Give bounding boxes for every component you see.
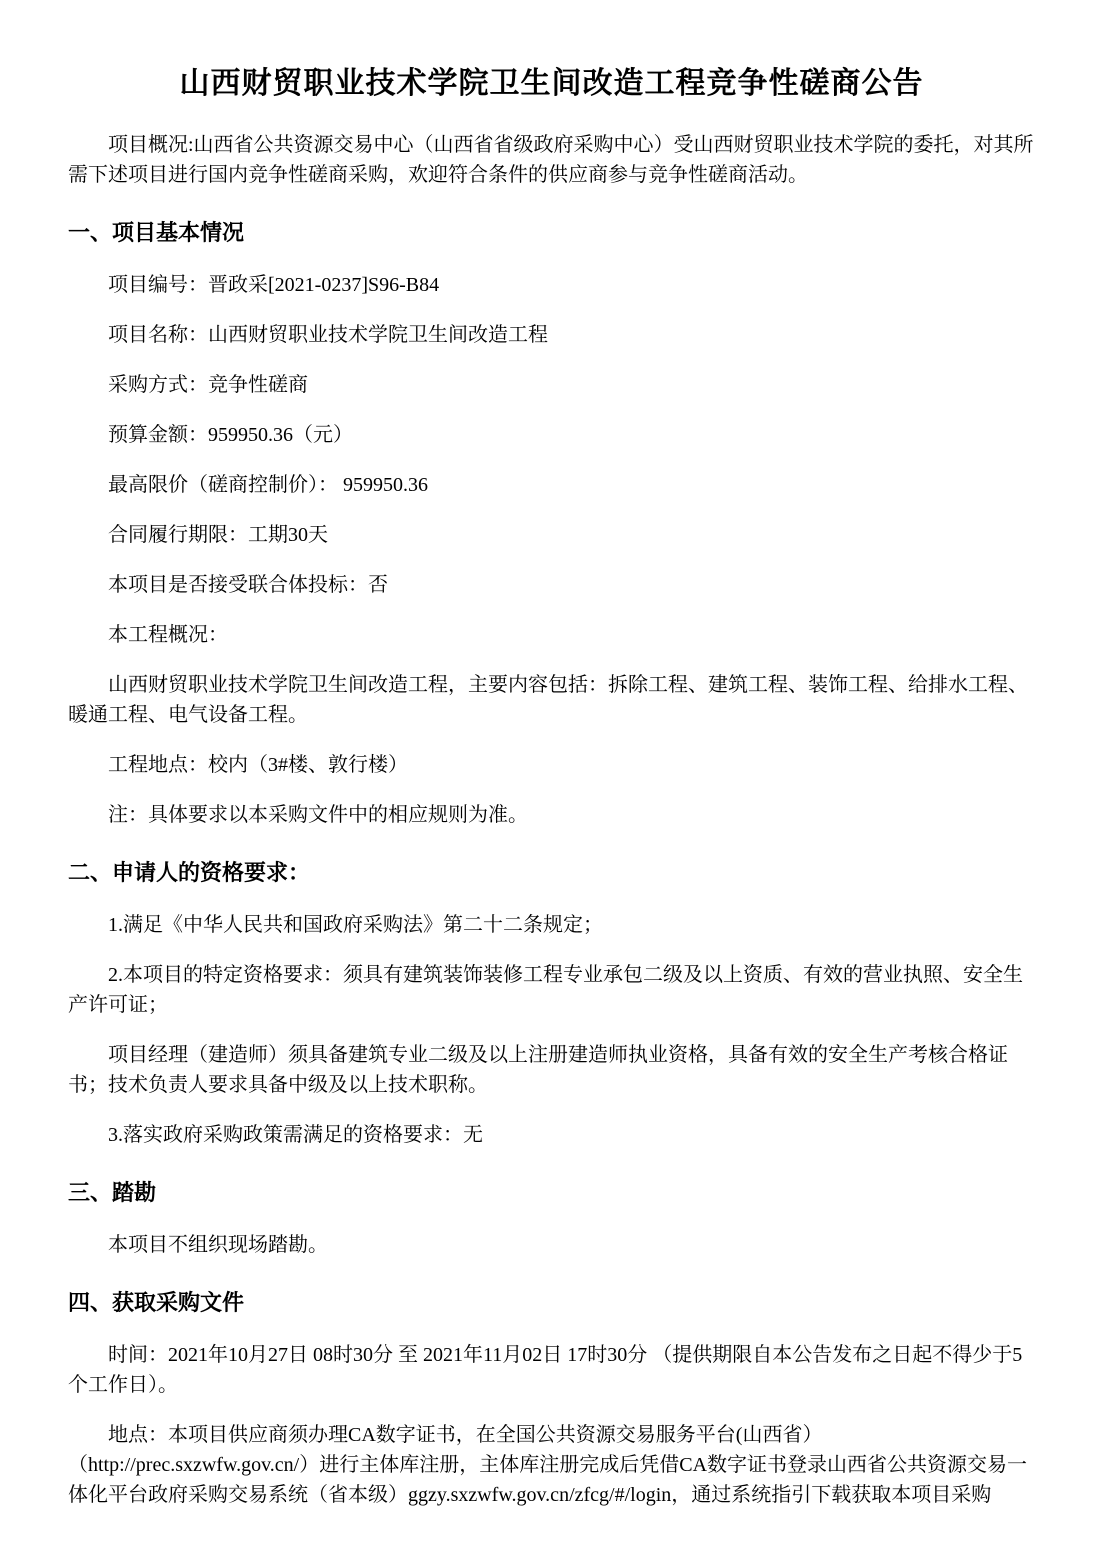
field-consortium-bid: 本项目是否接受联合体投标：否: [68, 570, 1035, 600]
field-max-price: 最高限价（磋商控制价）： 959950.36: [68, 470, 1035, 500]
section-heading-obtain-documents: 四、获取采购文件: [68, 1286, 1035, 1320]
paragraph-note: 注：具体要求以本采购文件中的相应规则为准。: [68, 800, 1035, 830]
document-title: 山西财贸职业技术学院卫生间改造工程竞争性磋商公告: [68, 64, 1035, 104]
paragraph-obtain-time: 时间：2021年10月27日 08时30分 至 2021年11月02日 17时3…: [68, 1340, 1035, 1400]
paragraph-site-survey: 本项目不组织现场踏勘。: [68, 1230, 1035, 1260]
intro-paragraph: 项目概况:山西省公共资源交易中心（山西省省级政府采购中心）受山西财贸职业技术学院…: [68, 130, 1035, 190]
section-heading-site-survey: 三、踏勘: [68, 1176, 1035, 1210]
section-heading-basic-info: 一、项目基本情况: [68, 216, 1035, 250]
section-heading-qualification: 二、申请人的资格要求：: [68, 856, 1035, 890]
paragraph-qualification-manager: 项目经理（建造师）须具备建筑专业二级及以上注册建造师执业资格，具备有效的安全生产…: [68, 1040, 1035, 1100]
field-contract-period: 合同履行期限：工期30天: [68, 520, 1035, 550]
document-page: 山西财贸职业技术学院卫生间改造工程竞争性磋商公告 项目概况:山西省公共资源交易中…: [0, 0, 1102, 1559]
paragraph-obtain-location: 地点：本项目供应商须办理CA数字证书，在全国公共资源交易服务平台(山西省）（ht…: [68, 1420, 1035, 1510]
paragraph-qualification-1: 1.满足《中华人民共和国政府采购法》第二十二条规定；: [68, 910, 1035, 940]
paragraph-project-scope: 山西财贸职业技术学院卫生间改造工程，主要内容包括：拆除工程、建筑工程、装饰工程、…: [68, 670, 1035, 730]
field-budget-amount: 预算金额：959950.36（元）: [68, 420, 1035, 450]
field-project-overview-label: 本工程概况：: [68, 620, 1035, 650]
paragraph-qualification-3: 3.落实政府采购政策需满足的资格要求：无: [68, 1120, 1035, 1150]
field-project-location: 工程地点：校内（3#楼、敦行楼）: [68, 750, 1035, 780]
paragraph-qualification-2: 2.本项目的特定资格要求：须具有建筑装饰装修工程专业承包二级及以上资质、有效的营…: [68, 960, 1035, 1020]
field-procurement-method: 采购方式：竞争性磋商: [68, 370, 1035, 400]
field-project-number: 项目编号：晋政采[2021-0237]S96-B84: [68, 270, 1035, 300]
field-project-name: 项目名称：山西财贸职业技术学院卫生间改造工程: [68, 320, 1035, 350]
